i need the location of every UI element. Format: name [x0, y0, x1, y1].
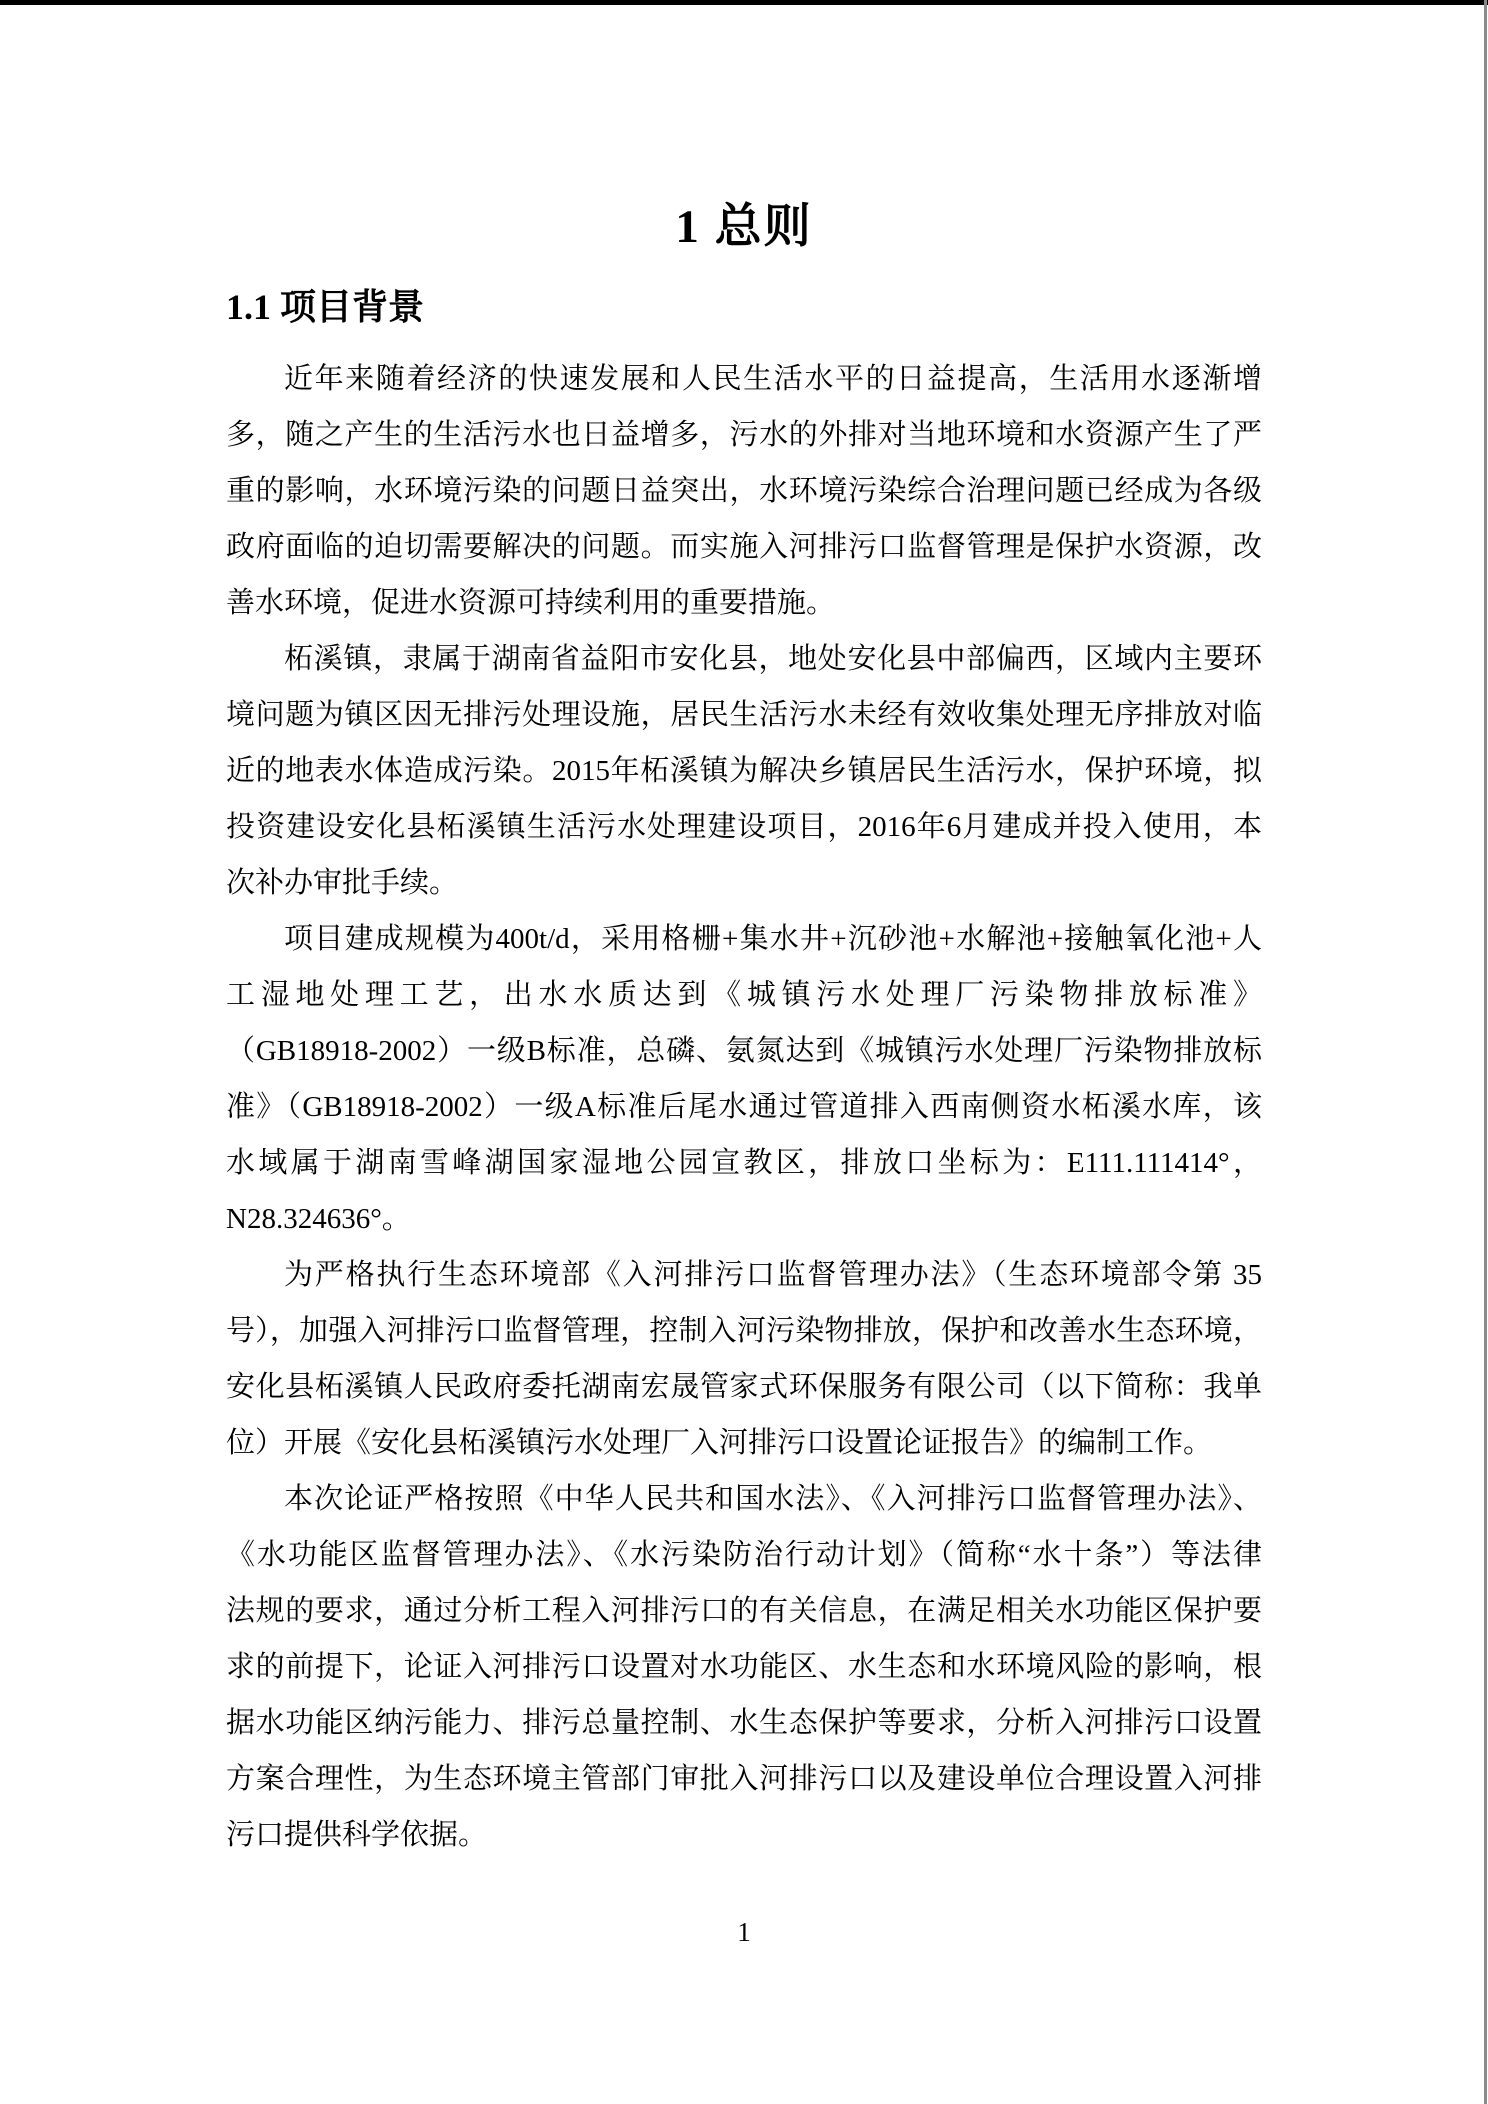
text-line: 准》（GB18918-2002）一级A标准后尾水通过管道排入西南侧资水柘溪水库，…	[226, 1079, 1262, 1135]
body-paragraphs: 近年来随着经济的快速发展和人民生活水平的日益提高，生活用水逐渐增多，随之产生的生…	[226, 351, 1262, 1863]
text-line: 安化县柘溪镇人民政府委托湖南宏晟管家式环保服务有限公司（以下简称：我单	[226, 1359, 1262, 1415]
text-line: 《水功能区监督管理办法》、《水污染防治行动计划》（简称“水十条”）等法律	[226, 1527, 1262, 1583]
text-line: 项目建成规模为400t/d，采用格栅+集水井+沉砂池+水解池+接触氧化池+人	[226, 911, 1262, 967]
text-line: 方案合理性，为生态环境主管部门审批入河排污口以及建设单位合理设置入河排	[226, 1751, 1262, 1807]
text-line: 多，随之产生的生活污水也日益增多，污水的外排对当地环境和水资源产生了严	[226, 407, 1262, 463]
text-line: 近的地表水体造成污染。2015年柘溪镇为解决乡镇居民生活污水，保护环境，拟	[226, 743, 1262, 799]
page-number: 1	[226, 1916, 1262, 1948]
document-page: 1 总则 1.1 项目背景 近年来随着经济的快速发展和人民生活水平的日益提高，生…	[0, 0, 1488, 2104]
text-line: 污口提供科学依据。	[226, 1807, 1262, 1863]
paragraph: 近年来随着经济的快速发展和人民生活水平的日益提高，生活用水逐渐增多，随之产生的生…	[226, 351, 1262, 631]
text-line: 法规的要求，通过分析工程入河排污口的有关信息，在满足相关水功能区保护要	[226, 1583, 1262, 1639]
text-line: 求的前提下，论证入河排污口设置对水功能区、水生态和水环境风险的影响，根	[226, 1639, 1262, 1695]
text-line: 次补办审批手续。	[226, 855, 1262, 911]
text-line: 柘溪镇，隶属于湖南省益阳市安化县，地处安化县中部偏西，区域内主要环	[226, 631, 1262, 687]
text-line: N28.324636°。	[226, 1191, 1262, 1247]
text-line: 重的影响，水环境污染的问题日益突出，水环境污染综合治理问题已经成为各级	[226, 463, 1262, 519]
page-top-border-line	[0, 0, 1488, 5]
text-line: （GB18918-2002）一级B标准，总磷、氨氮达到《城镇污水处理厂污染物排放…	[226, 1023, 1262, 1079]
text-line: 政府面临的迫切需要解决的问题。而实施入河排污口监督管理是保护水资源，改	[226, 519, 1262, 575]
text-line: 投资建设安化县柘溪镇生活污水处理建设项目，2016年6月建成并投入使用，本	[226, 799, 1262, 855]
text-line: 工湿地处理工艺，出水水质达到《城镇污水处理厂污染物排放标准》	[226, 967, 1262, 1023]
text-line: 境问题为镇区因无排污处理设施，居民生活污水未经有效收集处理无序排放对临	[226, 687, 1262, 743]
page-right-border-line	[1484, 0, 1487, 2104]
text-line: 近年来随着经济的快速发展和人民生活水平的日益提高，生活用水逐渐增	[226, 351, 1262, 407]
text-line: 位）开展《安化县柘溪镇污水处理厂入河排污口设置论证报告》的编制工作。	[226, 1415, 1262, 1471]
text-line: 号），加强入河排污口监督管理，控制入河污染物排放，保护和改善水生态环境，	[226, 1303, 1262, 1359]
text-line: 本次论证严格按照《中华人民共和国水法》、《入河排污口监督管理办法》、	[226, 1471, 1262, 1527]
page-content: 1 总则 1.1 项目背景 近年来随着经济的快速发展和人民生活水平的日益提高，生…	[226, 197, 1262, 1863]
text-line: 为严格执行生态环境部《入河排污口监督管理办法》（生态环境部令第 35	[226, 1247, 1262, 1303]
paragraph: 项目建成规模为400t/d，采用格栅+集水井+沉砂池+水解池+接触氧化池+人工湿…	[226, 911, 1262, 1247]
paragraph: 柘溪镇，隶属于湖南省益阳市安化县，地处安化县中部偏西，区域内主要环境问题为镇区因…	[226, 631, 1262, 911]
paragraph: 本次论证严格按照《中华人民共和国水法》、《入河排污口监督管理办法》、《水功能区监…	[226, 1471, 1262, 1863]
paragraph: 为严格执行生态环境部《入河排污口监督管理办法》（生态环境部令第 35号），加强入…	[226, 1247, 1262, 1471]
text-line: 据水功能区纳污能力、排污总量控制、水生态保护等要求，分析入河排污口设置	[226, 1695, 1262, 1751]
section-heading: 1.1 项目背景	[226, 283, 1262, 331]
text-line: 善水环境，促进水资源可持续利用的重要措施。	[226, 575, 1262, 631]
chapter-title: 1 总则	[226, 197, 1262, 257]
text-line: 水域属于湖南雪峰湖国家湿地公园宣教区，排放口坐标为：E111.111414°，	[226, 1135, 1262, 1191]
